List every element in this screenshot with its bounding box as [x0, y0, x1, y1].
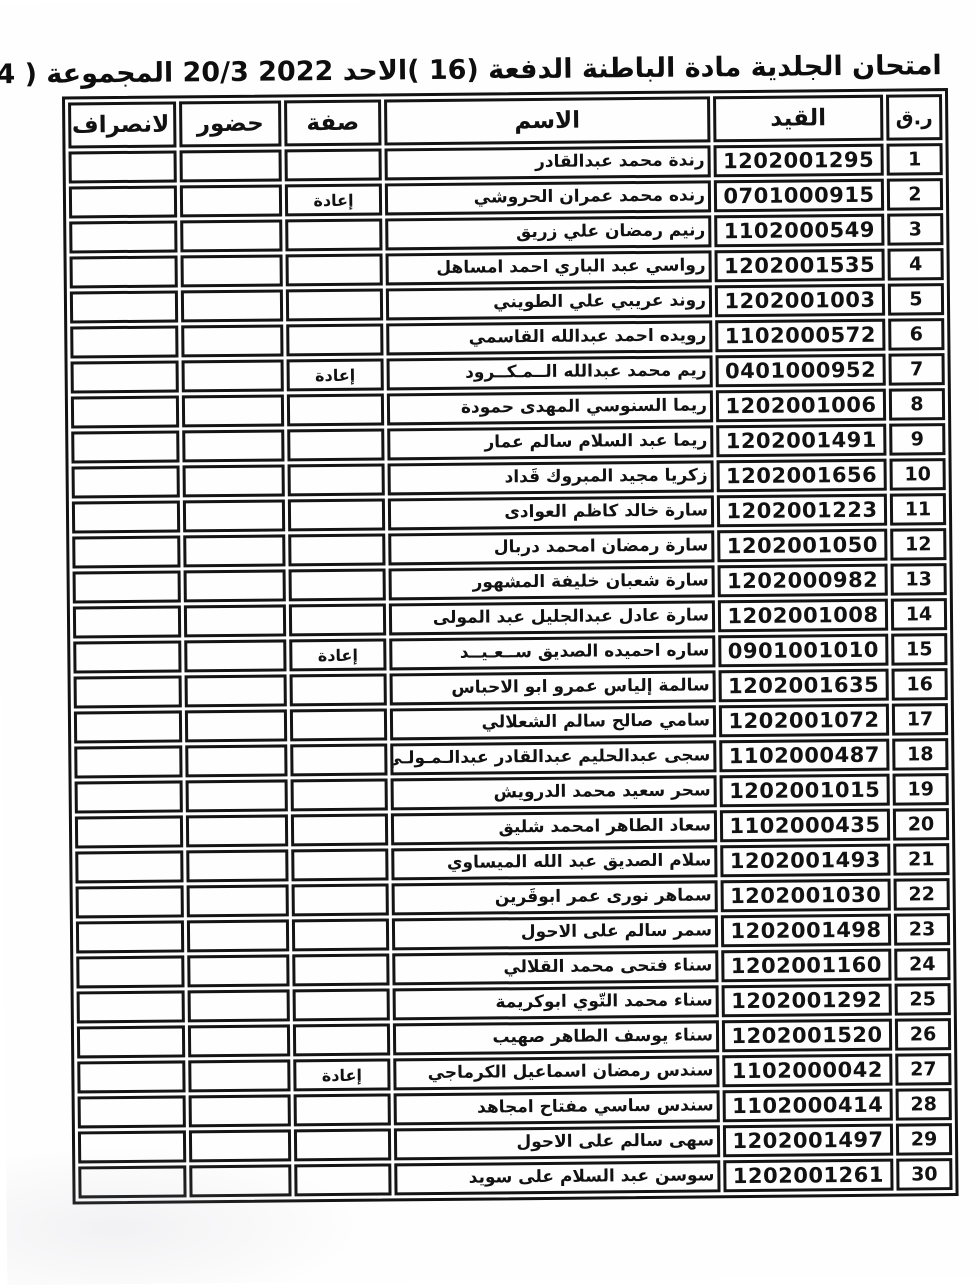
- repeat-flag-cell: [285, 218, 382, 251]
- repeat-flag-cell: إعادة: [293, 1058, 390, 1091]
- student-name-cell: سالمة إلياس عمرو ابو الاحباس: [390, 670, 716, 705]
- repeat-flag-cell: [291, 848, 388, 881]
- col-header-number: ر.ق: [886, 94, 942, 141]
- departure-cell: [77, 1060, 185, 1093]
- departure-cell: [70, 325, 178, 358]
- row-number-cell: 18: [892, 738, 948, 771]
- table-row: 6 1102000572 رويده احمد عبدالله القاسمي: [70, 318, 944, 358]
- registration-id-cell: 0901001010: [718, 634, 888, 668]
- attendance-cell: [187, 884, 289, 917]
- row-number-cell: 5: [888, 283, 944, 316]
- departure-cell: [74, 675, 182, 708]
- registration-id-cell: 0401000952: [716, 354, 886, 388]
- student-name-cell: سحر سعيد محمد الدرويش: [391, 775, 717, 810]
- registration-id-cell: 1102000042: [722, 1054, 892, 1088]
- departure-cell: [73, 605, 181, 638]
- attendance-cell: [186, 779, 288, 812]
- registration-id-cell: 1202001656: [717, 459, 887, 493]
- registration-id-cell: 1202001497: [723, 1124, 893, 1158]
- student-name-cell: سارة عادل عبدالجليل عبد المولى: [389, 600, 715, 635]
- student-name-cell: رواسي عبد الباري احمد امساهل: [386, 250, 712, 285]
- row-number-cell: 28: [896, 1088, 952, 1121]
- repeat-flag-cell: إعادة: [287, 358, 384, 391]
- repeat-flag-cell: [288, 498, 385, 531]
- registration-id-cell: 0701000915: [714, 179, 884, 213]
- attendance-cell: [180, 149, 282, 182]
- table-body: 1 1202001295 رندة محمد عبدالقادر 2 07010…: [69, 143, 953, 1198]
- student-name-cell: سندس رمضان اسماعيل الكرماجي: [393, 1055, 719, 1090]
- table-row: 28 1102000414 سندس ساسي مفتاح امجاهد: [78, 1088, 952, 1128]
- repeat-flag-cell: [286, 253, 383, 286]
- attendance-cell: [185, 709, 287, 742]
- repeat-flag-cell: [294, 1163, 391, 1196]
- departure-cell: [75, 780, 183, 813]
- attendance-cell: [188, 1059, 290, 1092]
- departure-cell: [75, 815, 183, 848]
- attendance-cell: [186, 814, 288, 847]
- attendance-cell: [188, 989, 290, 1022]
- student-name-cell: رنده محمد عمران الحروشي: [385, 180, 711, 215]
- departure-cell: [74, 745, 182, 778]
- repeat-flag-cell: [286, 323, 383, 356]
- registration-id-cell: 1202001491: [716, 424, 886, 458]
- attendance-cell: [180, 184, 282, 217]
- row-number-cell: 14: [891, 598, 947, 631]
- col-header-departure: لانصراف: [68, 101, 176, 148]
- table-row: 2 0701000915 رنده محمد عمران الحروشي إعا…: [69, 178, 943, 218]
- attendance-cell: [187, 954, 289, 987]
- row-number-cell: 27: [895, 1053, 951, 1086]
- row-number-cell: 26: [895, 1018, 951, 1051]
- registration-id-cell: 1202001295: [713, 144, 883, 178]
- attendance-cell: [183, 534, 285, 567]
- repeat-flag-cell: [292, 918, 389, 951]
- row-number-cell: 22: [894, 878, 950, 911]
- student-name-cell: سناء يوسف الطاهر صهيب: [393, 1020, 719, 1055]
- table-row: 13 1202000982 سارة شعبان خليفة المشهور: [73, 563, 947, 603]
- student-name-cell: سناء فتحى محمد القلالي: [392, 950, 718, 985]
- repeat-flag-cell: [285, 148, 382, 181]
- registration-id-cell: 1202001535: [714, 249, 884, 283]
- table-row: 14 1202001008 سارة عادل عبدالجليل عبد ال…: [73, 598, 947, 638]
- departure-cell: [76, 955, 184, 988]
- repeat-flag-cell: [290, 673, 387, 706]
- departure-cell: [70, 290, 178, 323]
- student-name-cell: ريم محمد عبدالله الــمـكــرود: [387, 355, 713, 390]
- repeat-flag-cell: إعادة: [285, 183, 382, 216]
- attendance-cell: [182, 429, 284, 462]
- repeat-flag-cell: [287, 428, 384, 461]
- row-number-cell: 4: [887, 248, 943, 281]
- departure-cell: [72, 500, 180, 533]
- row-number-cell: 8: [889, 388, 945, 421]
- registration-id-cell: 1202001292: [722, 984, 892, 1018]
- row-number-cell: 21: [893, 843, 949, 876]
- registration-id-cell: 1202001498: [721, 914, 891, 948]
- col-header-id: القيد: [713, 95, 883, 143]
- departure-cell: [73, 640, 181, 673]
- registration-id-cell: 1202001160: [721, 949, 891, 983]
- registration-id-cell: 1202001520: [722, 1019, 892, 1053]
- registration-id-cell: 1102000435: [720, 809, 890, 843]
- row-number-cell: 23: [894, 913, 950, 946]
- departure-cell: [71, 360, 179, 393]
- col-header-name: الاسم: [384, 96, 710, 145]
- attendance-cell: [184, 569, 286, 602]
- row-number-cell: 25: [895, 983, 951, 1016]
- table-row: 10 1202001656 زكريا مجيد المبروك قَداد: [72, 458, 946, 498]
- student-name-cell: سارة رمضان امحمد دربال: [388, 530, 714, 565]
- row-number-cell: 10: [890, 458, 946, 491]
- student-name-cell: سوسن عبد السلام على سويد: [394, 1160, 720, 1195]
- col-header-type: صفة: [284, 99, 381, 146]
- student-name-cell: سناء محمد التّوي ابوكريمة: [393, 985, 719, 1020]
- repeat-flag-cell: [292, 883, 389, 916]
- registration-id-cell: 1102000414: [723, 1089, 893, 1123]
- registration-id-cell: 1202001223: [717, 494, 887, 528]
- student-name-cell: سماهر نورى عمر ابوقَرين: [392, 880, 718, 915]
- registration-id-cell: 1202001072: [719, 704, 889, 738]
- repeat-flag-cell: [293, 988, 390, 1021]
- row-number-cell: 13: [891, 563, 947, 596]
- attendance-cell: [184, 604, 286, 637]
- registration-id-cell: 1202001015: [720, 774, 890, 808]
- student-name-cell: سمر سالم على الاحول: [392, 915, 718, 950]
- departure-cell: [78, 1095, 186, 1128]
- table-row: 24 1202001160 سناء فتحى محمد القلالي: [76, 948, 950, 988]
- repeat-flag-cell: [289, 568, 386, 601]
- student-name-cell: ريما عبد السلام سالم عمار: [387, 425, 713, 460]
- attendance-cell: [180, 219, 282, 252]
- table-row: 15 0901001010 ساره احميده الصديق ســعـيـ…: [73, 633, 947, 673]
- repeat-flag-cell: [290, 708, 387, 741]
- table-row: 4 1202001535 رواسي عبد الباري احمد امساه…: [70, 248, 944, 288]
- student-name-cell: روند عريبي علي الطويني: [386, 285, 712, 320]
- repeat-flag-cell: إعادة: [289, 638, 386, 671]
- departure-cell: [70, 255, 178, 288]
- student-name-cell: سلام الصديق عبد الله الميساوي: [391, 845, 717, 880]
- table-row: 20 1102000435 سعاد الطاهر امحمد شليق: [75, 808, 949, 848]
- table-row: 17 1202001072 سامي صالح سالم الشعلالي: [74, 703, 948, 743]
- attendance-cell: [181, 254, 283, 287]
- departure-cell: [69, 220, 177, 253]
- row-number-cell: 12: [890, 528, 946, 561]
- registration-id-cell: 1202001261: [723, 1159, 893, 1193]
- departure-cell: [73, 570, 181, 603]
- departure-cell: [75, 850, 183, 883]
- attendance-cell: [183, 464, 285, 497]
- repeat-flag-cell: [286, 288, 383, 321]
- repeat-flag-cell: [289, 603, 386, 636]
- student-name-cell: سجى عبدالحليم عبدالقادر عبدالـمـولـي: [390, 740, 716, 775]
- table-row: 29 1202001497 سهى سالم على الاحول: [78, 1123, 952, 1163]
- table-row: 30 1202001261 سوسن عبد السلام على سويد: [78, 1158, 952, 1198]
- repeat-flag-cell: [291, 813, 388, 846]
- table-row: 11 1202001223 سارة خالد كاظم العوادى: [72, 493, 946, 533]
- table-row: 18 1102000487 سجى عبدالحليم عبدالقادر عب…: [74, 738, 948, 778]
- attendance-cell: [183, 499, 285, 532]
- repeat-flag-cell: [288, 533, 385, 566]
- attendance-cell: [181, 324, 283, 357]
- attendance-cell: [188, 1024, 290, 1057]
- table-row: 3 1102000549 رنيم رمضان علي زريق: [69, 213, 943, 253]
- repeat-flag-cell: [291, 778, 388, 811]
- row-number-cell: 24: [894, 948, 950, 981]
- table-row: 26 1202001520 سناء يوسف الطاهر صهيب: [77, 1018, 951, 1058]
- departure-cell: [78, 1165, 186, 1198]
- repeat-flag-cell: [293, 1023, 390, 1056]
- table-row: 25 1202001292 سناء محمد التّوي ابوكريمة: [77, 983, 951, 1023]
- departure-cell: [76, 885, 184, 918]
- row-number-cell: 19: [893, 773, 949, 806]
- student-name-cell: ساره احميده الصديق ســعـيــد: [389, 635, 715, 670]
- repeat-flag-cell: [288, 463, 385, 496]
- table-row: 8 1202001006 ريما السنوسي المهدى حمودة: [71, 388, 945, 428]
- table-row: 22 1202001030 سماهر نورى عمر ابوقَرين: [76, 878, 950, 918]
- departure-cell: [69, 185, 177, 218]
- attendance-cell: [182, 394, 284, 427]
- row-number-cell: 6: [888, 318, 944, 351]
- student-name-cell: رنيم رمضان علي زريق: [385, 215, 711, 250]
- student-name-cell: رويده احمد عبدالله القاسمي: [386, 320, 712, 355]
- attendance-cell: [184, 639, 286, 672]
- attendance-cell: [186, 849, 288, 882]
- attendance-cell: [189, 1094, 291, 1127]
- scanned-sheet: امتحان الجلدية مادة الباطنة الدفعة (16 )…: [0, 0, 980, 1280]
- registration-id-cell: 1202001003: [715, 284, 885, 318]
- registration-id-cell: 1202001635: [719, 669, 889, 703]
- row-number-cell: 2: [887, 178, 943, 211]
- row-number-cell: 11: [890, 493, 946, 526]
- departure-cell: [72, 465, 180, 498]
- student-name-cell: سندس ساسي مفتاح امجاهد: [394, 1090, 720, 1125]
- table-row: 7 0401000952 ريم محمد عبدالله الــمـكــر…: [71, 353, 945, 393]
- student-name-cell: سارة شعبان خليفة المشهور: [389, 565, 715, 600]
- row-number-cell: 20: [893, 808, 949, 841]
- attendance-cell: [187, 919, 289, 952]
- header-row: ر.ق القيد الاسم صفة حضور لانصراف: [68, 94, 942, 148]
- attendance-cell: [181, 289, 283, 322]
- student-name-cell: ريما السنوسي المهدى حمودة: [387, 390, 713, 425]
- row-number-cell: 15: [891, 633, 947, 666]
- table-row: 19 1202001015 سحر سعيد محمد الدرويش: [75, 773, 949, 813]
- row-number-cell: 17: [892, 703, 948, 736]
- table-row: 5 1202001003 روند عريبي علي الطويني: [70, 283, 944, 323]
- row-number-cell: 7: [888, 353, 944, 386]
- departure-cell: [74, 710, 182, 743]
- row-number-cell: 16: [892, 668, 948, 701]
- registration-id-cell: 1102000549: [714, 214, 884, 248]
- registration-id-cell: 1202001006: [716, 389, 886, 423]
- registration-id-cell: 1102000572: [715, 319, 885, 353]
- departure-cell: [69, 150, 177, 183]
- registration-id-cell: 1202001008: [718, 599, 888, 633]
- registration-id-cell: 1102000487: [719, 739, 889, 773]
- departure-cell: [77, 990, 185, 1023]
- table-row: 27 1102000042 سندس رمضان اسماعيل الكرماج…: [77, 1053, 951, 1093]
- attendance-cell: [185, 744, 287, 777]
- registration-id-cell: 1202000982: [718, 564, 888, 598]
- attendance-cell: [189, 1164, 291, 1197]
- departure-cell: [71, 430, 179, 463]
- table-row: 12 1202001050 سارة رمضان امحمد دربال: [72, 528, 946, 568]
- page-title: امتحان الجلدية مادة الباطنة الدفعة (16 )…: [16, 50, 942, 90]
- row-number-cell: 9: [889, 423, 945, 456]
- student-name-cell: سامي صالح سالم الشعلالي: [390, 705, 716, 740]
- repeat-flag-cell: [294, 1128, 391, 1161]
- row-number-cell: 29: [896, 1123, 952, 1156]
- student-name-cell: زكريا مجيد المبروك قَداد: [388, 460, 714, 495]
- departure-cell: [72, 535, 180, 568]
- departure-cell: [76, 920, 184, 953]
- table-row: 9 1202001491 ريما عبد السلام سالم عمار: [71, 423, 945, 463]
- student-name-cell: رندة محمد عبدالقادر: [385, 145, 711, 180]
- registration-id-cell: 1202001030: [721, 879, 891, 913]
- student-name-cell: سهى سالم على الاحول: [394, 1125, 720, 1160]
- table-row: 23 1202001498 سمر سالم على الاحول: [76, 913, 950, 953]
- col-header-attendance: حضور: [179, 100, 281, 147]
- registration-id-cell: 1202001493: [720, 844, 890, 878]
- attendance-cell: [185, 674, 287, 707]
- table-row: 1 1202001295 رندة محمد عبدالقادر: [69, 143, 943, 183]
- repeat-flag-cell: [290, 743, 387, 776]
- table-row: 16 1202001635 سالمة إلياس عمرو ابو الاحب…: [74, 668, 948, 708]
- table-row: 21 1202001493 سلام الصديق عبد الله الميس…: [75, 843, 949, 883]
- attendance-cell: [182, 359, 284, 392]
- row-number-cell: 30: [896, 1158, 952, 1191]
- student-name-cell: سارة خالد كاظم العوادى: [388, 495, 714, 530]
- student-name-cell: سعاد الطاهر امحمد شليق: [391, 810, 717, 845]
- attendance-table: ر.ق القيد الاسم صفة حضور لانصراف 1 12020…: [62, 88, 959, 1204]
- attendance-cell: [189, 1129, 291, 1162]
- row-number-cell: 3: [887, 213, 943, 246]
- repeat-flag-cell: [292, 953, 389, 986]
- registration-id-cell: 1202001050: [717, 529, 887, 563]
- departure-cell: [78, 1130, 186, 1163]
- departure-cell: [71, 395, 179, 428]
- departure-cell: [77, 1025, 185, 1058]
- row-number-cell: 1: [886, 143, 942, 176]
- repeat-flag-cell: [287, 393, 384, 426]
- repeat-flag-cell: [294, 1093, 391, 1126]
